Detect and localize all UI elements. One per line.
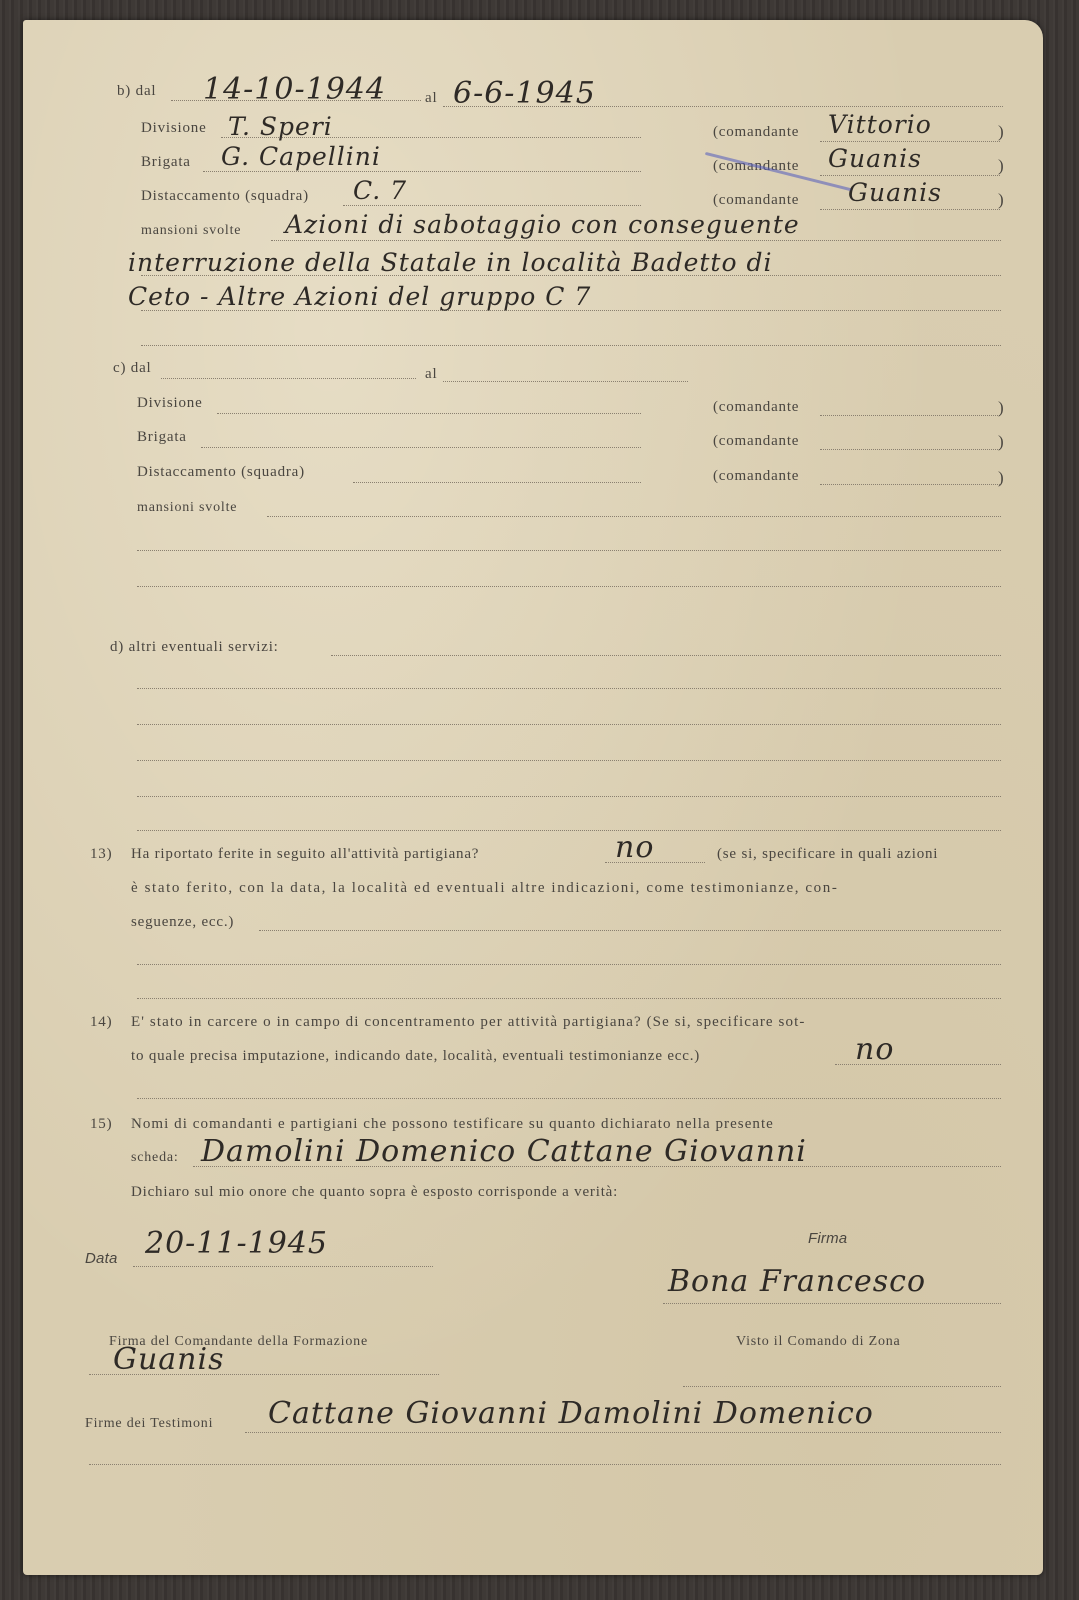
comandante-label: (comandante [713, 124, 799, 141]
q15-line-1: Nomi di comandanti e partigiani che poss… [131, 1116, 774, 1133]
section-b-dal-label: b) dal [117, 83, 156, 100]
dotted-line [267, 516, 1001, 517]
section-c-al-label: al [425, 366, 437, 383]
brigata-label: Brigata [141, 154, 191, 171]
dotted-line [820, 449, 1000, 450]
q15-declaration: Dichiaro sul mio onore che quanto sopra … [131, 1184, 618, 1201]
distaccamento-label: Distaccamento (squadra) [141, 188, 309, 205]
dotted-line [683, 1386, 1001, 1387]
paren: ) [998, 190, 1004, 210]
brigata-value: G. Capellini [221, 142, 381, 171]
section-c-mansioni-label: mansioni svolte [137, 500, 237, 516]
q13-line-3: seguenze, ecc.) [131, 914, 234, 931]
dotted-line [137, 688, 1001, 689]
comandante-label: (comandante [713, 192, 799, 209]
dotted-line [353, 482, 641, 483]
q13-instruction: (se si, specificare in quali azioni [717, 846, 938, 863]
section-c-comandante-label: (comandante [713, 399, 799, 416]
document-page: b) dal 14-10-1944 al 6-6-1945 Divisione … [23, 20, 1043, 1575]
dotted-line [141, 345, 1001, 346]
firma-value: Bona Francesco [668, 1264, 926, 1299]
dotted-line [331, 655, 1001, 656]
testimoni-signatures: Cattane Giovanni Damolini Domenico [268, 1396, 874, 1431]
dotted-line [820, 415, 1000, 416]
dotted-line [133, 1266, 433, 1267]
visto-comando-label: Visto il Comando di Zona [736, 1334, 901, 1350]
dotted-line [820, 484, 1000, 485]
mansioni-line-3: Ceto - Altre Azioni del gruppo C 7 [128, 282, 591, 311]
paren: ) [998, 156, 1004, 176]
section-b-al-value: 6-6-1945 [453, 76, 596, 111]
dotted-line [201, 447, 641, 448]
dotted-line [137, 998, 1001, 999]
section-c-distaccamento-label: Distaccamento (squadra) [137, 464, 305, 481]
dotted-line [343, 205, 641, 206]
q15-scheda-label: scheda: [131, 1150, 179, 1166]
dotted-line [137, 724, 1001, 725]
dotted-line [89, 1464, 1001, 1465]
section-d-label: d) altri eventuali servizi: [110, 639, 279, 656]
dotted-line [245, 1432, 1001, 1433]
dotted-line [820, 209, 1000, 210]
comandante-formazione-signature: Guanis [113, 1342, 224, 1377]
q13-number: 13) [90, 846, 112, 863]
dotted-line [137, 1098, 1001, 1099]
data-value: 20-11-1945 [145, 1226, 328, 1261]
firma-label: Firma [808, 1230, 847, 1247]
dotted-line [203, 171, 641, 172]
dotted-line [443, 381, 688, 382]
paren: ) [998, 122, 1004, 142]
dotted-line [137, 964, 1001, 965]
dotted-line [137, 550, 1001, 551]
comandante-distaccamento-value: Guanis [848, 178, 942, 207]
divisione-value: T. Speri [228, 112, 333, 141]
dotted-line [271, 240, 1001, 241]
q14-line-2: to quale precisa imputazione, indicando … [131, 1048, 700, 1065]
dotted-line [137, 796, 1001, 797]
paren: ) [998, 468, 1004, 488]
section-c-dal-label: c) dal [113, 360, 152, 377]
dotted-line [217, 413, 641, 414]
dotted-line [137, 760, 1001, 761]
q15-names: Damolini Domenico Cattane Giovanni [201, 1134, 807, 1169]
distaccamento-value: C. 7 [353, 176, 407, 205]
section-c-divisione-label: Divisione [137, 395, 203, 412]
q14-answer: no [855, 1032, 894, 1067]
section-c-comandante-label: (comandante [713, 433, 799, 450]
q13-line-2: è stato ferito, con la data, la località… [131, 880, 838, 897]
divisione-label: Divisione [141, 120, 207, 137]
comandante-brigata-value: Guanis [828, 144, 922, 173]
q13-answer: no [615, 830, 654, 865]
section-c-brigata-label: Brigata [137, 429, 187, 446]
paren: ) [998, 398, 1004, 418]
dotted-line [161, 378, 416, 379]
section-c-comandante-label: (comandante [713, 468, 799, 485]
dotted-line [663, 1303, 1001, 1304]
mansioni-line-2: interruzione della Statale in località B… [128, 248, 772, 277]
q13-question: Ha riportato ferite in seguito all'attiv… [131, 846, 479, 863]
testimoni-label: Firme dei Testimoni [85, 1416, 213, 1432]
q15-number: 15) [90, 1116, 112, 1133]
dotted-line [137, 586, 1001, 587]
mansioni-label: mansioni svolte [141, 223, 241, 239]
dotted-line [259, 930, 1001, 931]
dotted-line [820, 175, 1000, 176]
comandante-divisione-value: Vittorio [828, 110, 932, 139]
data-label: Data [85, 1250, 118, 1267]
section-b-al-label: al [425, 90, 437, 107]
q14-number: 14) [90, 1014, 112, 1031]
q14-line-1: E' stato in carcere o in campo di concen… [131, 1014, 805, 1031]
section-b-dal-value: 14-10-1944 [203, 72, 386, 107]
mansioni-line-1: Azioni di sabotaggio con conseguente [285, 210, 800, 239]
dotted-line [820, 141, 1000, 142]
paren: ) [998, 432, 1004, 452]
dotted-line [89, 1374, 439, 1375]
dotted-line [137, 830, 1001, 831]
